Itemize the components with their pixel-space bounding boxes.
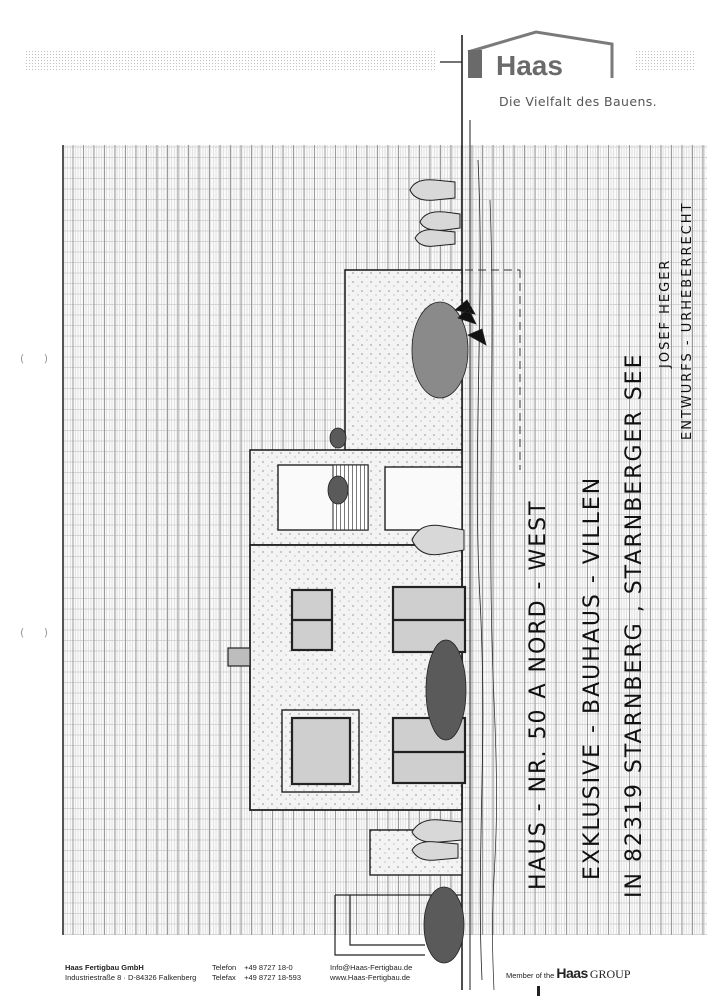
email-link[interactable]: Info@Haas-Fertigbau.de bbox=[330, 963, 412, 972]
company-name: Haas Fertigbau GmbH bbox=[65, 963, 144, 972]
phone-label: Telefon bbox=[212, 963, 242, 973]
phone-number: +49 8727 18-0 bbox=[244, 963, 293, 972]
handwritten-title: EXKLUSIVE - BAUHAUS - VILLEN bbox=[580, 476, 605, 880]
member-prefix: Member of the bbox=[506, 971, 554, 981]
handwritten-copyright-note: ENTWURFS - URHEBERRECHT bbox=[680, 202, 695, 440]
handwritten-location: IN 82319 STARNBERG , STARNBERGER SEE bbox=[622, 353, 647, 898]
dashed-line bbox=[465, 270, 520, 470]
footer-group: Member of the Haas GROUP bbox=[506, 968, 631, 981]
group-logo-word: Haas bbox=[556, 968, 587, 978]
fax-label: Telefax bbox=[212, 973, 242, 983]
punch-hole-mark: ( ) bbox=[20, 626, 56, 639]
footer-company: Haas Fertigbau GmbH Industriestraße 8 · … bbox=[65, 963, 196, 983]
fax-number: +49 8727 18-593 bbox=[244, 973, 301, 982]
footer-online: Info@Haas-Fertigbau.de www.Haas-Fertigba… bbox=[330, 963, 412, 983]
handwritten-signature: JOSEF HEGER bbox=[658, 259, 673, 368]
website-link[interactable]: www.Haas-Fertigbau.de bbox=[330, 973, 410, 982]
handwritten-house-number: HAUS - NR. 50 A NORD - WEST bbox=[526, 499, 551, 890]
punch-hole-mark: ( ) bbox=[20, 352, 56, 365]
group-logo-bar bbox=[537, 986, 540, 996]
company-address: Industriestraße 8 · D-84326 Falkenberg bbox=[65, 973, 196, 982]
footer-contact: Telefon +49 8727 18-0 Telefax +49 8727 1… bbox=[212, 963, 301, 983]
group-suffix: GROUP bbox=[590, 969, 631, 979]
